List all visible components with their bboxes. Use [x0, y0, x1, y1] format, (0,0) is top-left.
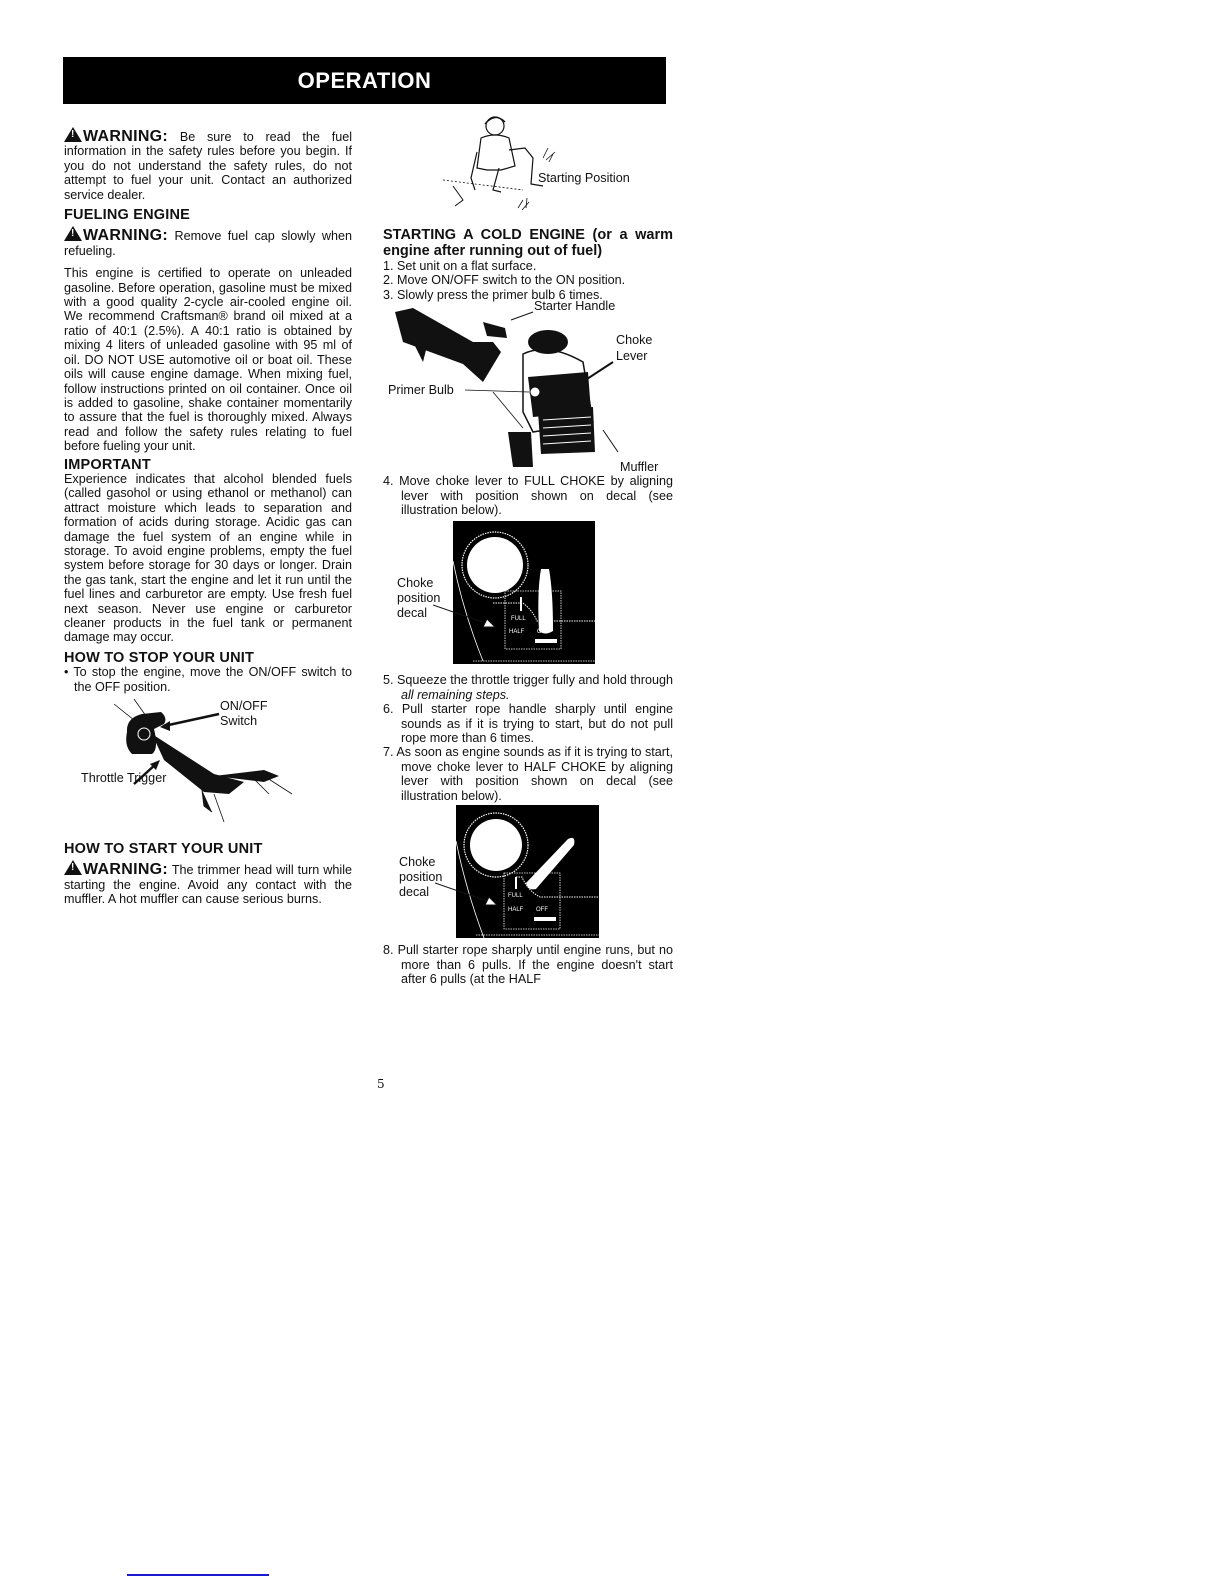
- label-decal: decal: [397, 606, 427, 620]
- right-column: Starting Position STARTING A COLD ENGINE…: [383, 108, 673, 986]
- stop-instruction: • To stop the engine, move the ON/OFF sw…: [64, 665, 352, 694]
- label-starting-position: Starting Position: [538, 171, 630, 185]
- choke-decal-illustration-half: FULL HALF OFF Choke position decal: [383, 803, 673, 941]
- warning-trimmer-head: WARNING: The trimmer head will turn whil…: [64, 860, 352, 906]
- steps-list-c: 8. Pull starter rope sharply until engin…: [383, 943, 673, 986]
- fueling-body: This engine is certified to operate on u…: [64, 266, 352, 453]
- page-number: 5: [377, 1077, 385, 1091]
- label-on-off: ON/OFF: [220, 699, 268, 713]
- warning-triangle-icon: [64, 860, 82, 875]
- step-4: 4. Move choke lever to FULL CHOKE by ali…: [383, 474, 673, 517]
- steps-list-b: 5. Squeeze the throttle trigger fully an…: [383, 673, 673, 803]
- step-5: 5. Squeeze the throttle trigger fully an…: [383, 673, 673, 702]
- label-choke: Choke: [399, 855, 435, 869]
- step-4-list: 4. Move choke lever to FULL CHOKE by ali…: [383, 474, 673, 517]
- heading-important: IMPORTANT: [64, 458, 352, 472]
- svg-text:FULL: FULL: [511, 616, 526, 622]
- label-decal: decal: [399, 885, 429, 899]
- divider-line: [127, 1574, 269, 1576]
- section-banner: OPERATION: [63, 57, 666, 104]
- decal-panel: FULL HALF OFF: [456, 805, 599, 938]
- heading-stop-unit: HOW TO STOP YOUR UNIT: [64, 651, 352, 665]
- warning-label: WARNING:: [83, 227, 168, 244]
- choke-decal-illustration-full: FULL HALF OFF Choke position decal: [383, 517, 673, 667]
- steps-list-a: 1. Set unit on a flat surface. 2. Move O…: [383, 259, 673, 302]
- warning-triangle-icon: [64, 226, 82, 241]
- decal-panel: FULL HALF OFF: [453, 521, 595, 664]
- page-title: OPERATION: [298, 68, 432, 94]
- svg-text:OFF: OFF: [536, 907, 548, 913]
- label-choke-lever-2: Lever: [616, 349, 648, 363]
- label-position: position: [397, 591, 440, 605]
- important-body: Experience indicates that alcohol blende…: [64, 472, 352, 645]
- label-primer-bulb: Primer Bulb: [388, 383, 454, 397]
- step-2: 2. Move ON/OFF switch to the ON position…: [383, 273, 673, 287]
- svg-text:FULL: FULL: [508, 893, 523, 899]
- heading-cold-engine: STARTING A COLD ENGINE (or a warm engine…: [383, 227, 673, 259]
- left-column: WARNING: Be sure to read the fuel inform…: [64, 127, 352, 907]
- label-position: position: [399, 870, 442, 884]
- label-throttle-trigger: Throttle Trigger: [81, 771, 166, 785]
- warning-fuel-cap: WARNING: Remove fuel cap slowly when ref…: [64, 226, 352, 258]
- step-6: 6. Pull starter rope handle sharply unti…: [383, 702, 673, 745]
- step-3: 3. Slowly press the primer bulb 6 times.: [383, 288, 673, 302]
- kneeling-operator-drawing: [383, 108, 673, 223]
- heading-start-unit: HOW TO START YOUR UNIT: [64, 842, 352, 856]
- warning-fuel-info: WARNING: Be sure to read the fuel inform…: [64, 127, 352, 202]
- step-1: 1. Set unit on a flat surface.: [383, 259, 673, 273]
- label-choke: Choke: [397, 576, 433, 590]
- svg-text:OFF: OFF: [537, 629, 549, 635]
- label-switch: Switch: [220, 714, 257, 728]
- heading-fueling-engine: FUELING ENGINE: [64, 208, 352, 222]
- svg-text:HALF: HALF: [508, 907, 524, 913]
- label-choke-lever-1: Choke: [616, 333, 652, 347]
- step-7: 7. As soon as engine sounds as if it is …: [383, 745, 673, 803]
- label-muffler: Muffler: [620, 460, 658, 474]
- warning-triangle-icon: [64, 127, 82, 142]
- starting-position-illustration: Starting Position: [383, 108, 673, 223]
- engine-illustration: Starter Handle Choke Lever Primer Bulb M…: [383, 302, 673, 474]
- warning-label: WARNING:: [83, 861, 168, 878]
- warning-label: WARNING:: [83, 128, 168, 145]
- svg-text:HALF: HALF: [509, 629, 525, 635]
- step-8: 8. Pull starter rope sharply until engin…: [383, 943, 673, 986]
- trimmer-handle-illustration: ON/OFF Switch Throttle Trigger: [64, 694, 352, 832]
- label-starter-handle: Starter Handle: [534, 299, 615, 313]
- trimmer-handle-drawing: [64, 694, 352, 832]
